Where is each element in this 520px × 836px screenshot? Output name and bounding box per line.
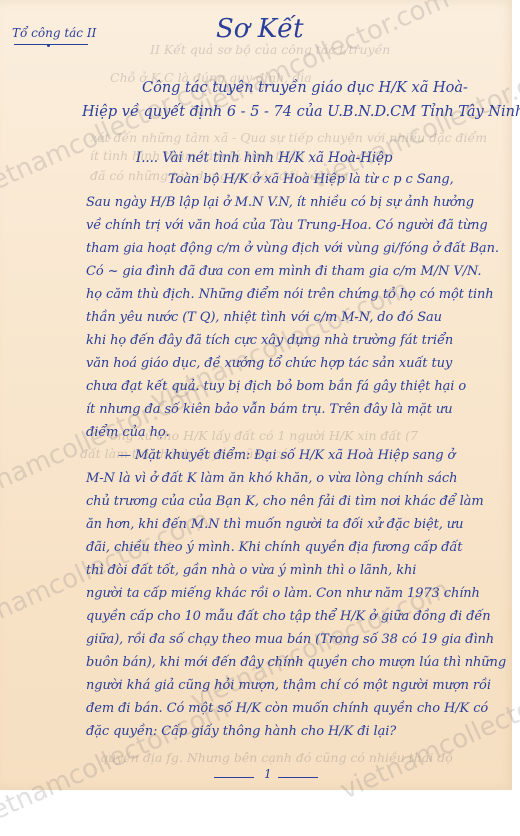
body-line: M-N là vì ở đất K làm ăn khó khăn, o vừa…: [86, 471, 457, 486]
subtitle-line: Công tác tuyên truyền giáo dục H/K xã Ho…: [142, 80, 468, 96]
body-line: buôn bán), khi mới đến đây chính quyền c…: [86, 655, 506, 670]
page-number-text: 1: [264, 767, 272, 781]
page-number-dash: [214, 777, 254, 778]
body-line: Sau ngày H/B lập lại ở M.N V.N, ít nhiều…: [86, 195, 474, 210]
body-line: ít nhưng đa số kiên bảo vẫn bám trụ. Trê…: [86, 402, 452, 417]
body-line: điểm của họ.: [86, 425, 170, 440]
body-line: thần yêu nước (T Q), nhiệt tình với c/m …: [86, 310, 442, 325]
section-heading: I.... Vài nét tình hình H/K xã Hoà-Hiệp: [136, 150, 392, 166]
body-line: chủ trương của của Bạn K, cho nên fải đi…: [86, 494, 484, 509]
body-line: Toàn bộ H/K ở xã Hoà Hiệp là từ c p c Sa…: [168, 172, 454, 187]
body-line: họ căm thù địch. Những điểm nói trên chứ…: [86, 287, 494, 302]
body-line: thì đòi đất tốt, gần nhà o vừa ý mình th…: [86, 563, 416, 578]
header-dot: [47, 44, 50, 47]
bleed-through-text: xét đến những tâm xã - Qua sự tiếp chuyệ…: [90, 130, 486, 145]
team-label: Tổ công tác II: [12, 26, 96, 40]
header-underline: [14, 44, 88, 45]
bleed-through-text: II Kết quả sơ bộ của công tác t/truyền: [150, 42, 486, 57]
body-line: — Mặt khuyết điểm: Đại số H/K xã Hoà Hiệ…: [118, 448, 455, 463]
subtitle-line: Hiệp về quyết định 6 - 5 - 74 của U.B.N.…: [82, 104, 520, 120]
body-line: người khá giả cũng hỏi mượn, thậm chí có…: [86, 678, 491, 693]
paper-sheet: II Kết quả sơ bộ của công tác t/truyền C…: [0, 0, 516, 790]
body-line: về chính trị với văn hoá của Tàu Trung-H…: [86, 218, 488, 233]
body-line: văn hoá giáo dục, đề xướng tổ chức hợp t…: [86, 356, 452, 371]
bleed-through-text: quyền địa fg. Nhưng bên cạnh đó cũng có …: [100, 750, 486, 765]
body-line: đãi, chiều theo ý mình. Khi chính quyền …: [86, 540, 462, 555]
body-line: Có ~ gia đình đã đưa con em mình đi tham…: [86, 264, 481, 279]
body-line: người ta cấp miếng khác rồi o làm. Con n…: [86, 586, 480, 601]
body-line: đem đi bán. Có một số H/K còn muốn chính…: [86, 701, 488, 716]
body-line: chưa đạt kết quả. tuy bị địch bỏ bom bắn…: [86, 379, 466, 394]
body-line: giữa), rồi đa số chạy theo mua bán (Tron…: [86, 632, 494, 647]
document-title: Sơ Kết: [216, 14, 304, 44]
page-number-dash: [278, 777, 318, 778]
body-line: tham gia hoạt động c/m ở vùng địch với v…: [86, 241, 499, 256]
body-line: ăn hơn, khi đến M.N thì muốn người ta đố…: [86, 517, 463, 532]
page-number: 1: [210, 770, 330, 784]
body-line: đặc quyền: Cấp giấy thông hành cho H/K đ…: [86, 724, 396, 739]
body-line: quyền cấp cho 10 mẫu đất cho tập thể H/K…: [86, 609, 491, 624]
body-line: khi họ đến đây đã tích cực xây dựng nhà …: [86, 333, 453, 348]
